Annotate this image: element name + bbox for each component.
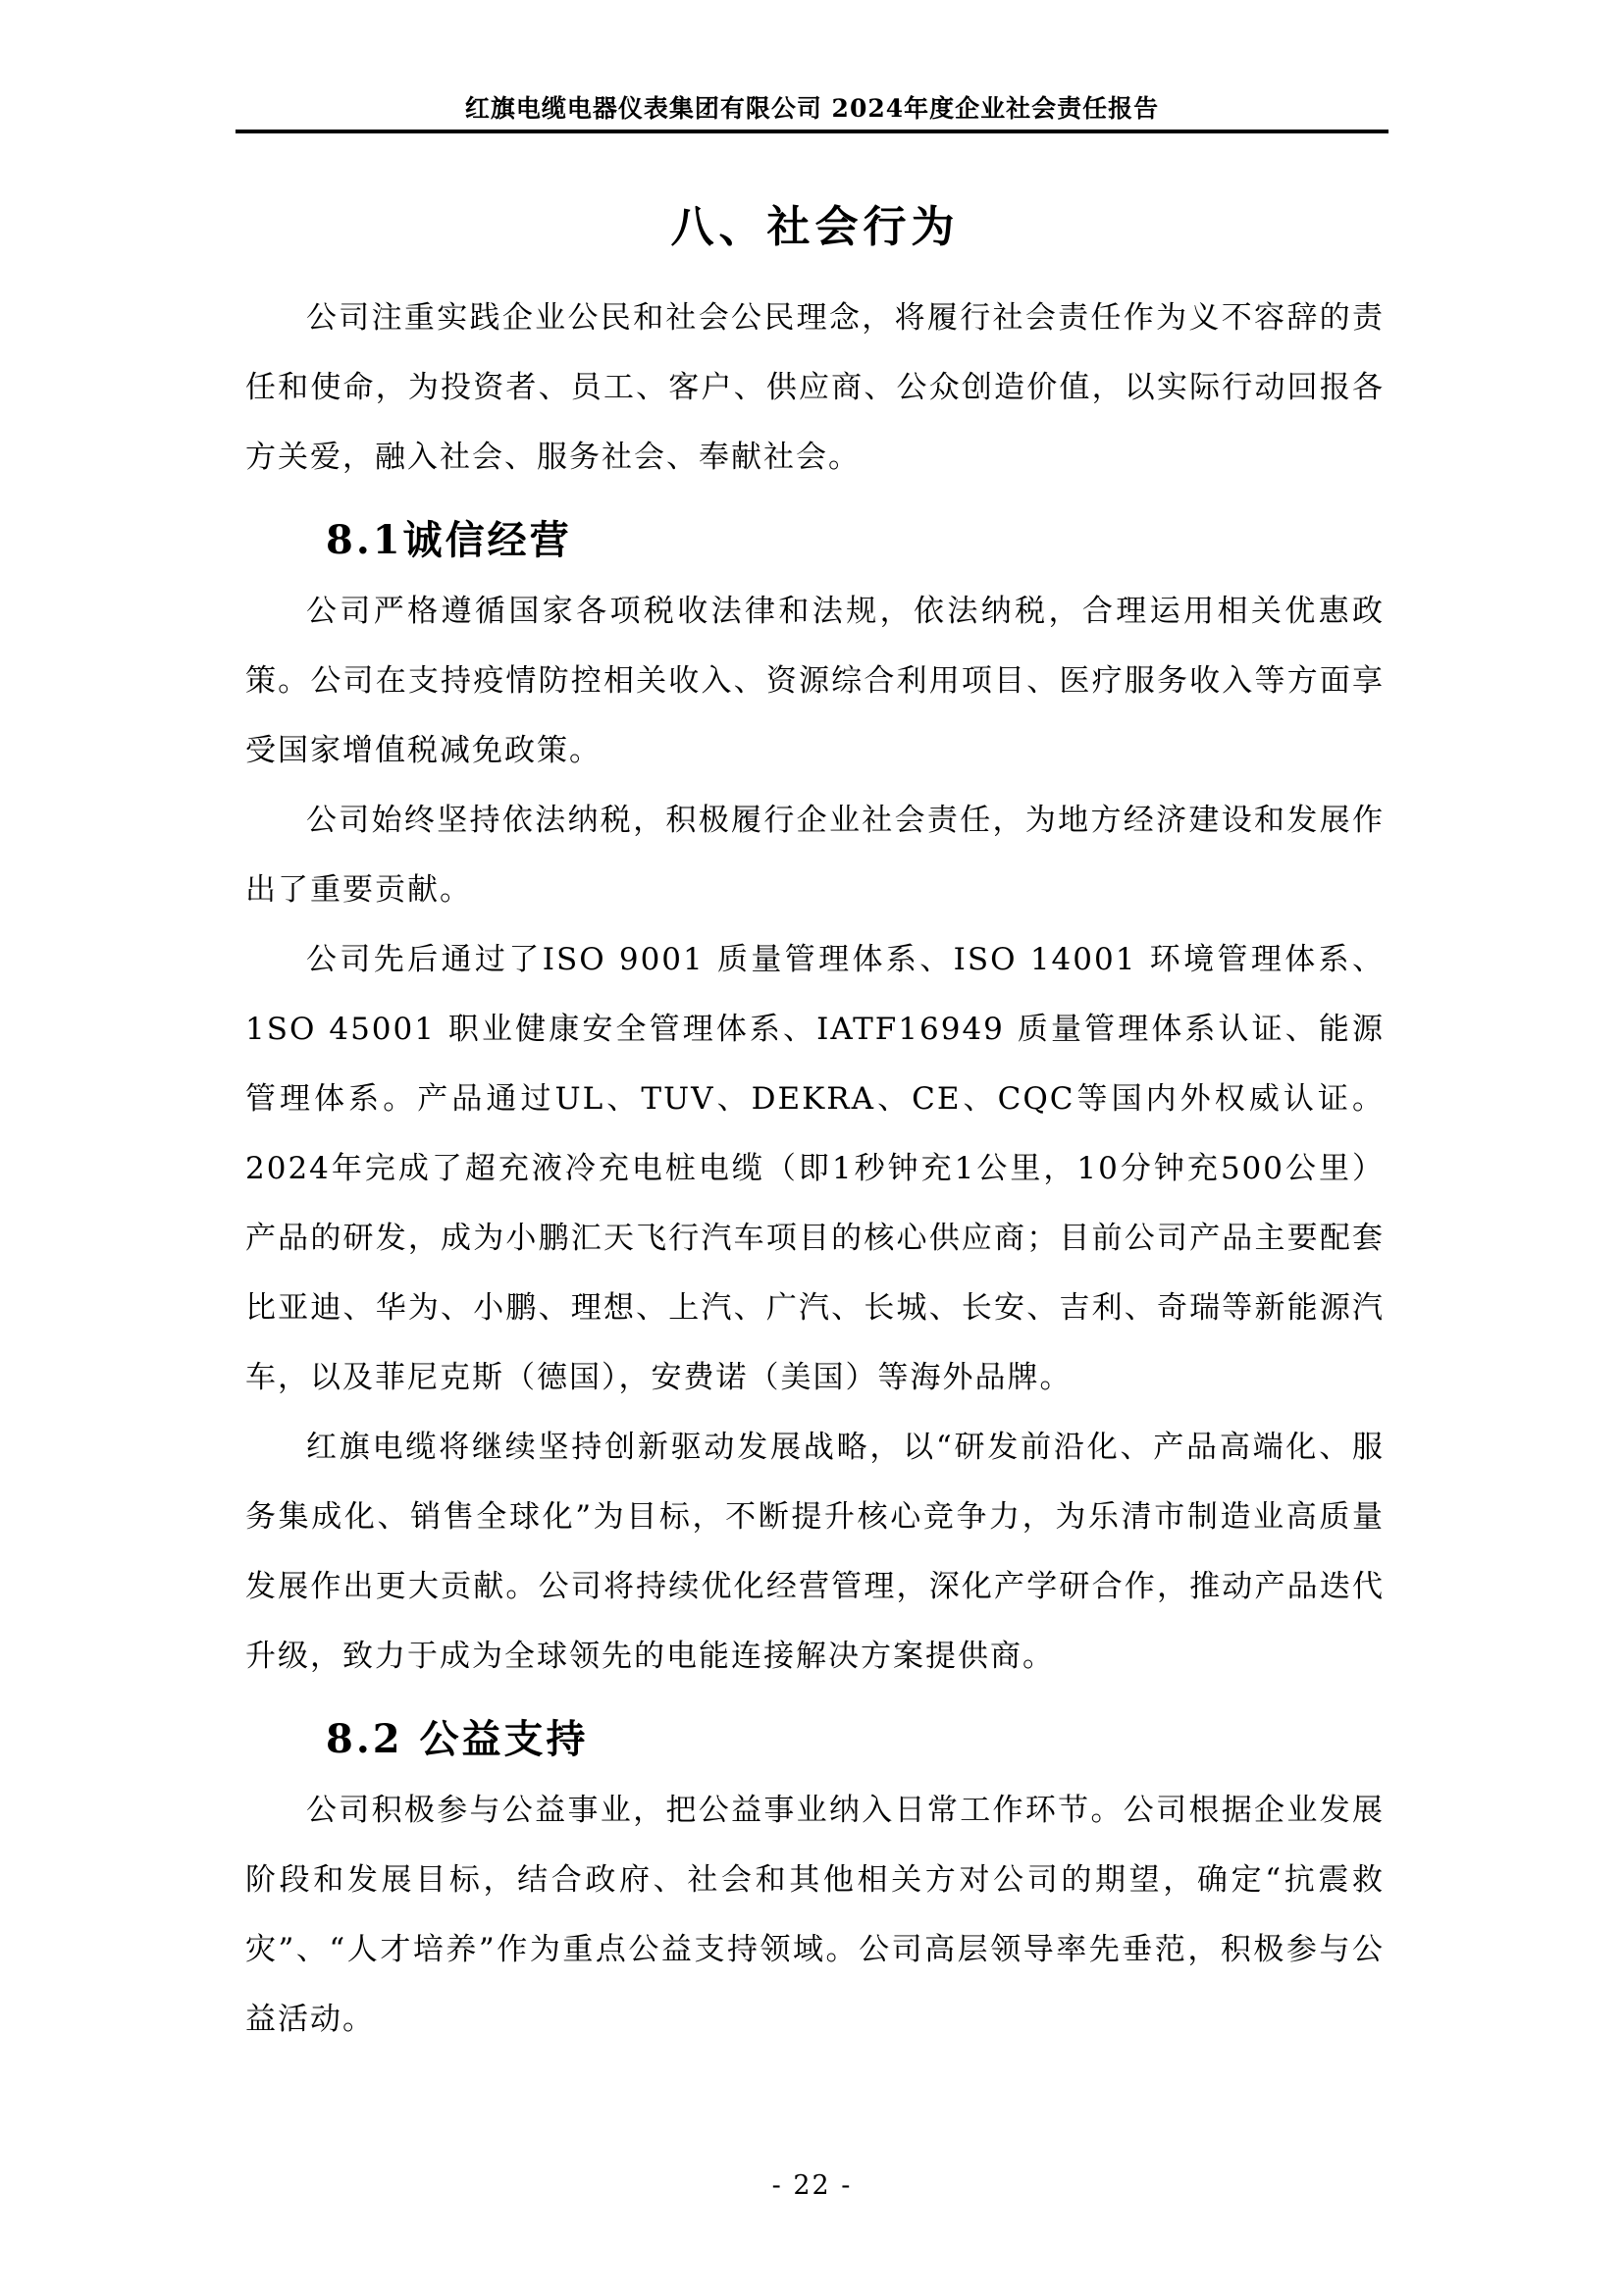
- paragraph-public-welfare: 公司积极参与公益事业，把公益事业纳入日常工作环节。公司根据企业发展阶段和发展目标…: [245, 1776, 1385, 2055]
- paragraph-innovation-strategy: 红旗电缆将继续坚持创新驱动发展战略，以“研发前沿化、产品高端化、服务集成化、销售…: [245, 1413, 1385, 1692]
- page-header: 红旗电缆电器仪表集团有限公司 2024年度企业社会责任报告: [0, 0, 1624, 133]
- paragraph-tax-contribution: 公司始终坚持依法纳税，积极履行企业社会责任，为地方经济建设和发展作 出了重要贡献…: [245, 786, 1385, 925]
- paragraph-social-responsibility-intro: 公司注重实践企业公民和社会公民理念，将履行社会责任作为义不容辞的责任和使命，为投…: [245, 284, 1385, 493]
- section-heading-8-1: 8.1诚信经营: [326, 516, 1385, 565]
- running-header-title: 红旗电缆电器仪表集团有限公司 2024年度企业社会责任报告: [0, 94, 1624, 124]
- report-page: 红旗电缆电器仪表集团有限公司 2024年度企业社会责任报告 八、社会行为 公司注…: [0, 0, 1624, 2295]
- paragraph-certifications-products: 公司先后通过了ISO 9001 质量管理体系、ISO 14001 环境管理体系、…: [245, 925, 1385, 1413]
- chapter-title: 八、社会行为: [245, 202, 1385, 254]
- page-number: - 22 -: [772, 2170, 853, 2201]
- paragraph-tax-compliance: 公司严格遵循国家各项税收法律和法规，依法纳税，合理运用相关优惠政策。公司在支持疫…: [245, 577, 1385, 786]
- document-content: 八、社会行为 公司注重实践企业公民和社会公民理念，将履行社会责任作为义不容辞的责…: [245, 202, 1385, 2055]
- section-heading-8-2: 8.2 公益支持: [326, 1715, 1385, 1764]
- header-divider-rule: [236, 130, 1388, 133]
- page-footer: - 22 -: [0, 2170, 1624, 2201]
